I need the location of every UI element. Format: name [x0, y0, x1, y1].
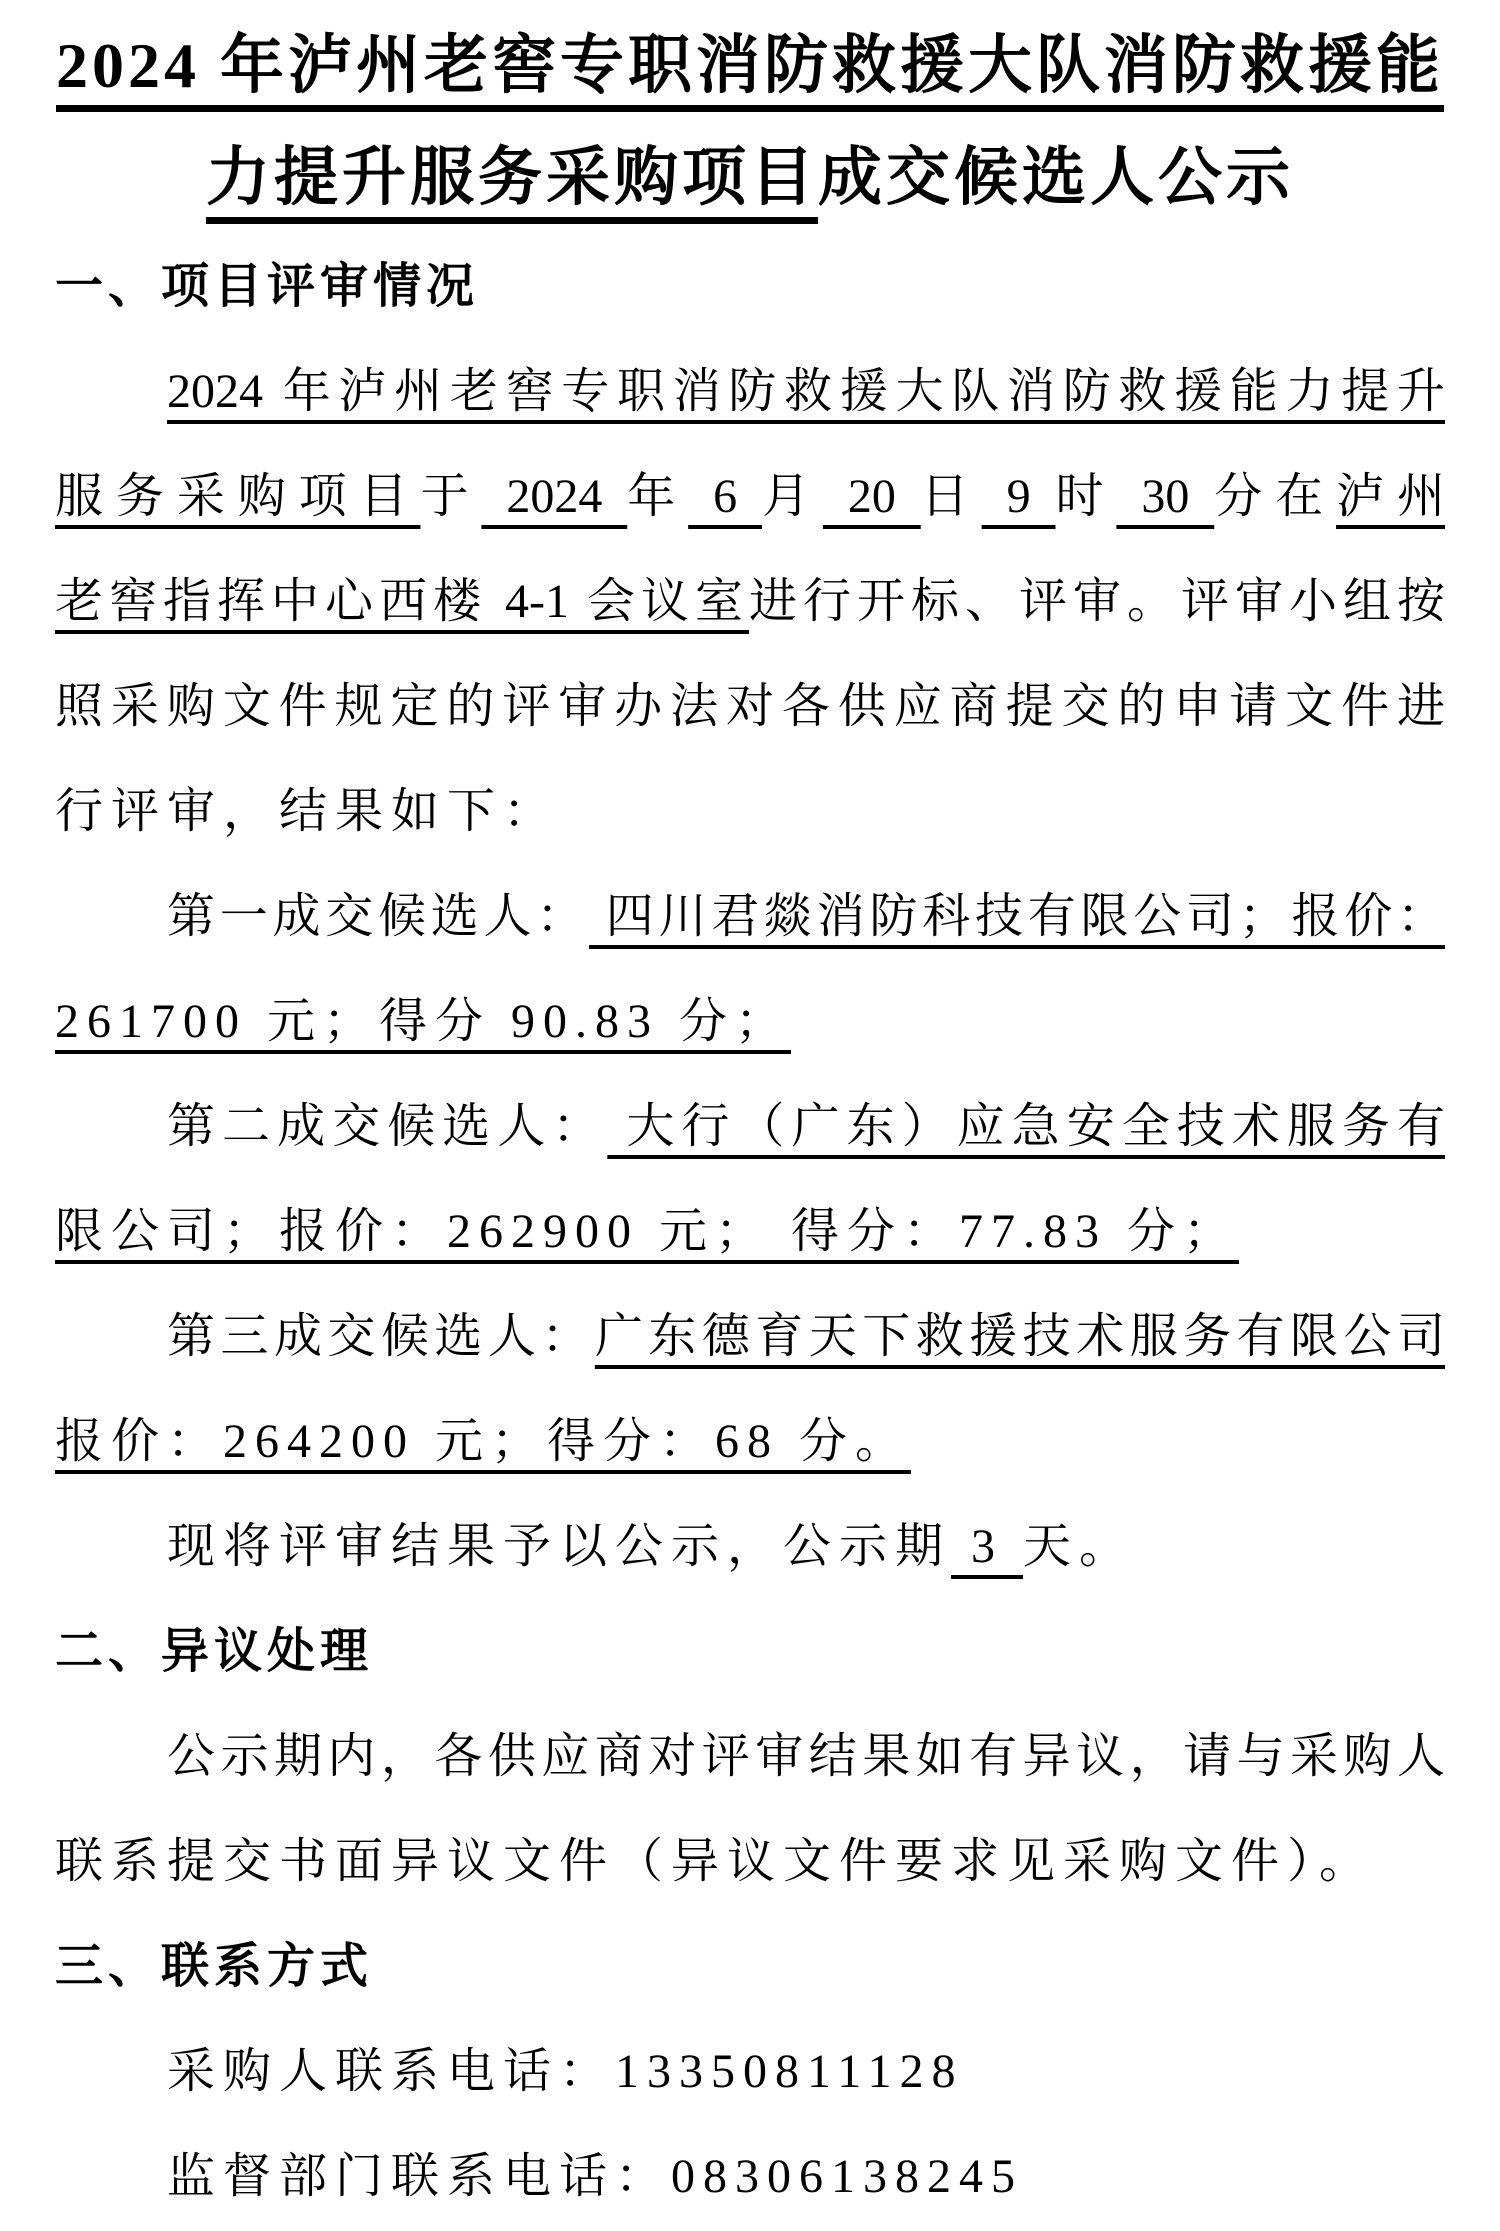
text-segment: 第二成交候选人： [167, 1100, 607, 1153]
text-segment: 行评审，结果如下： [55, 785, 559, 838]
text-segment: 日 [921, 470, 982, 523]
text-line: 监督部门联系电话：08306138245 [55, 2124, 1445, 2229]
underlined-segment: 2024 年泸州老窖专职消防救援大队消防救援能力提升 [167, 365, 1445, 418]
text-line: 行评审，结果如下： [55, 759, 1445, 864]
text-line: 服务采购项目于 2024 年 6 月 20 日 9 时 30 分在泸州 [55, 444, 1445, 549]
underlined-segment: 大行（广东）应急安全技术服务有 [607, 1100, 1445, 1153]
text-segment: 时 [1055, 470, 1116, 523]
underlined-segment: 力提升服务采购项目 [206, 142, 818, 213]
underlined-segment: 报价：264200 元；得分：68 分。 [55, 1415, 911, 1468]
section-heading: 三、联系方式 [55, 1914, 1445, 2019]
text-line: 联系提交书面异议文件（异议文件要求见采购文件）。 [55, 1809, 1445, 1914]
document-page: 2024 年泸州老窖专职消防救援大队消防救援能力提升服务采购项目成交候选人公示一… [0, 0, 1500, 2231]
underlined-segment: 老窖指挥中心西楼 4-1 会议室 [55, 575, 749, 628]
notice-body: 2024 年泸州老窖专职消防救援大队消防救援能力提升服务采购项目成交候选人公示一… [55, 10, 1445, 2229]
text-segment: 成交候选人公示 [818, 142, 1294, 213]
text-segment: 公示期内，各供应商对评审结果如有异议，请与采购人 [167, 1730, 1445, 1783]
text-line: 照采购文件规定的评审办法对各供应商提交的申请文件进 [55, 654, 1445, 759]
underlined-segment: 四川君燚消防科技有限公司；报价： [589, 890, 1445, 943]
text-line: 限公司；报价：262900 元； 得分：77.83 分； [55, 1179, 1445, 1284]
underlined-segment: 20 [823, 470, 921, 523]
text-segment: 天。 [1023, 1520, 1135, 1573]
text-segment: 月 [762, 470, 823, 523]
text-segment: 进行开标、评审。评审小组按 [749, 575, 1445, 628]
text-line: 第三成交候选人：广东德育天下救援技术服务有限公司 [55, 1284, 1445, 1389]
text-segment: 年 [627, 470, 688, 523]
section-heading: 一、项目评审情况 [55, 234, 1445, 339]
text-line: 采购人联系电话：13350811128 [55, 2019, 1445, 2124]
underlined-segment: 30 [1116, 470, 1214, 523]
text-line: 报价：264200 元；得分：68 分。 [55, 1389, 1445, 1494]
underlined-segment: 限公司；报价：262900 元； 得分：77.83 分； [55, 1205, 1239, 1258]
underlined-segment: 6 [688, 470, 762, 523]
text-segment: 联系提交书面异议文件（异议文件要求见采购文件）。 [55, 1835, 1375, 1888]
underlined-segment: 3 [951, 1520, 1023, 1573]
text-segment: 第一成交候选人： [167, 890, 589, 943]
notice-title-line: 力提升服务采购项目成交候选人公示 [55, 122, 1445, 234]
underlined-segment: 泸州 [1336, 470, 1445, 523]
text-line: 第二成交候选人： 大行（广东）应急安全技术服务有 [55, 1074, 1445, 1179]
underlined-segment: 广东德育天下救援技术服务有限公司 [595, 1310, 1445, 1363]
underlined-segment: 2024 [481, 470, 627, 523]
text-line: 老窖指挥中心西楼 4-1 会议室进行开标、评审。评审小组按 [55, 549, 1445, 654]
text-segment: 监督部门联系电话：08306138245 [167, 2150, 1023, 2203]
section-heading: 二、异议处理 [55, 1599, 1445, 1704]
text-line: 第一成交候选人： 四川君燚消防科技有限公司；报价： [55, 864, 1445, 969]
text-segment: 分在 [1214, 470, 1336, 523]
text-line: 261700 元；得分 90.83 分； [55, 969, 1445, 1074]
text-segment: 第三成交候选人： [167, 1310, 595, 1363]
text-line: 现将评审结果予以公示，公示期 3 天。 [55, 1494, 1445, 1599]
underlined-segment: 服务采购项目 [55, 470, 420, 523]
text-line: 2024 年泸州老窖专职消防救援大队消防救援能力提升 [55, 339, 1445, 444]
underlined-segment: 9 [982, 470, 1056, 523]
text-segment: 采购人联系电话：13350811128 [167, 2045, 963, 2098]
notice-title-line: 2024 年泸州老窖专职消防救援大队消防救援能 [55, 10, 1445, 122]
text-segment: 于 [420, 470, 481, 523]
text-segment: 现将评审结果予以公示，公示期 [167, 1520, 951, 1573]
underlined-segment: 261700 元；得分 90.83 分； [55, 995, 791, 1048]
text-segment: 照采购文件规定的评审办法对各供应商提交的申请文件进 [55, 680, 1445, 733]
text-line: 公示期内，各供应商对评审结果如有异议，请与采购人 [55, 1704, 1445, 1809]
underlined-segment: 2024 年泸州老窖专职消防救援大队消防救援能 [56, 30, 1444, 101]
